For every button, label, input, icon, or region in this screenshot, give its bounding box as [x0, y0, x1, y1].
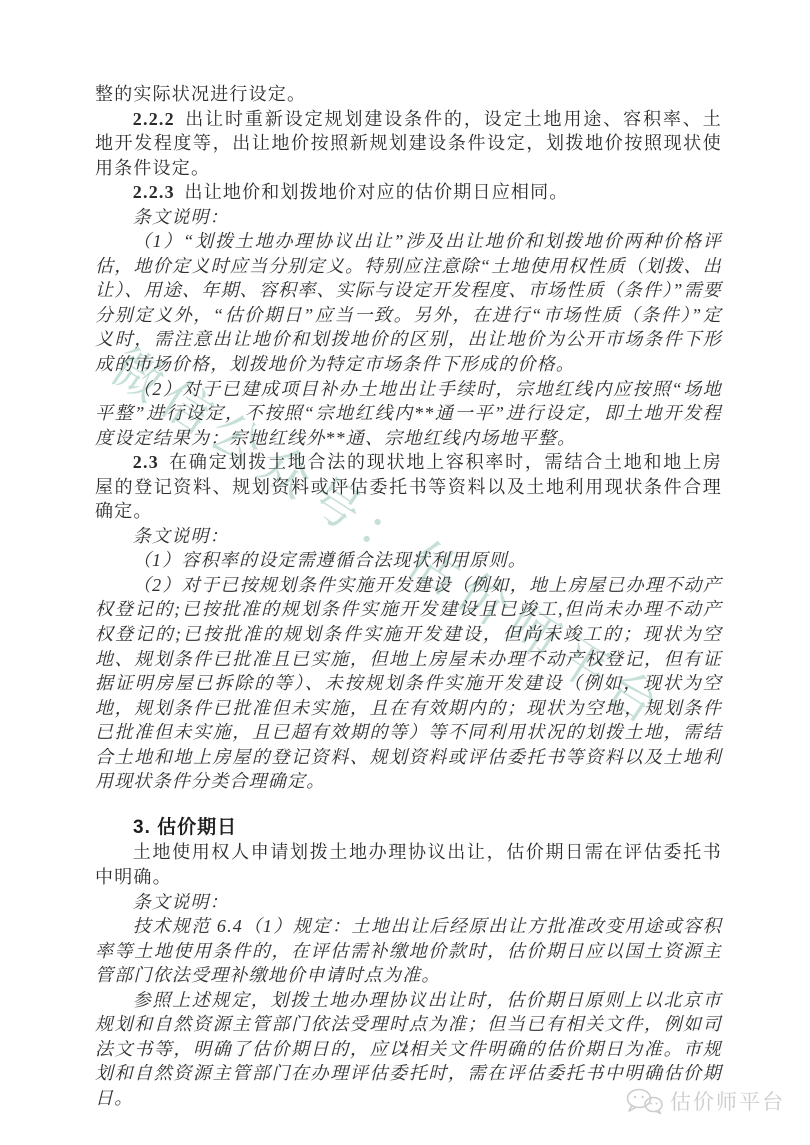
- paragraph: 2.3 在确定划拨土地合法的现状地上容积率时，需结合土地和地上房屋的登记资料、规…: [95, 450, 722, 524]
- paragraph: （2）对于已建成项目补办土地出让手续时，宗地红线内应按照“场地平整”进行设定，不…: [95, 377, 722, 451]
- page-number: 2: [0, 1041, 810, 1058]
- clause-number: 2.3: [133, 452, 159, 472]
- section-heading: 3. 估价期日: [95, 816, 722, 841]
- paragraph-text: 在确定划拨土地合法的现状地上容积率时，需结合土地和地上房屋的登记资料、规划资料或…: [95, 452, 722, 521]
- brand-label: 估价师平台: [670, 1086, 785, 1116]
- paragraph-text: 整的实际状况进行设定。: [95, 84, 306, 104]
- paragraph: 土地使用权人申请划拨土地办理协议出让，估价期日需在评估委托书中明确。: [95, 840, 722, 889]
- paragraph: 2.2.3 出让地价和划拨地价对应的估价期日应相同。: [95, 180, 722, 205]
- paragraph: 整的实际状况进行设定。: [95, 82, 722, 107]
- paragraph: 技术规范 6.4（1）规定：土地出让后经原出让方批准改变用途或容积率等土地使用条…: [95, 914, 722, 988]
- paragraph-text: 条文说明：: [133, 892, 229, 912]
- paragraph: 条文说明：: [95, 890, 722, 915]
- wechat-bubbles-icon: [624, 1087, 664, 1115]
- paragraph-text: 条文说明：: [133, 526, 229, 546]
- paragraph-text: （2）对于已建成项目补办土地出让手续时，宗地红线内应按照“场地平整”进行设定，不…: [95, 379, 722, 448]
- paragraph: （1）容积率的设定需遵循合法现状利用原则。: [95, 548, 722, 573]
- paragraph: 2.2.2 出让时重新设定规划建设条件的，设定土地用途、容积率、土地开发程度等，…: [95, 107, 722, 181]
- paragraph-text: 条文说明：: [133, 207, 229, 227]
- document-body: 整的实际状况进行设定。2.2.2 出让时重新设定规划建设条件的，设定土地用途、容…: [95, 82, 722, 1110]
- paragraph-text: 土地使用权人申请划拨土地办理协议出让，估价期日需在评估委托书中明确。: [95, 842, 722, 887]
- document-page: 微信公众号：估价师平台 整的实际状况进行设定。2.2.2 出让时重新设定规划建设…: [0, 0, 810, 1145]
- paragraph: （2）对于已按规划条件实施开发建设（例如，地上房屋已办理不动产权登记的;已按批准…: [95, 573, 722, 794]
- paragraph-text: （1）容积率的设定需遵循合法现状利用原则。: [133, 550, 527, 570]
- paragraph-text: （1）“划拨土地办理协议出让”涉及出让地价和划拨地价两种价格评估，地价定义时应当…: [95, 231, 722, 374]
- clause-number: 2.2.3: [133, 182, 175, 202]
- paragraph: 条文说明：: [95, 524, 722, 549]
- clause-number: 2.2.2: [133, 109, 175, 129]
- paragraph-text: 技术规范 6.4（1）规定：土地出让后经原出让方批准改变用途或容积率等土地使用条…: [95, 916, 722, 985]
- brand-footer: 估价师平台: [624, 1086, 785, 1116]
- paragraph-text: 出让地价和划拨地价对应的估价期日应相同。: [179, 182, 569, 202]
- paragraph: 条文说明：: [95, 205, 722, 230]
- paragraph-text: 3. 估价期日: [133, 817, 237, 838]
- paragraph-text: 出让时重新设定规划建设条件的，设定土地用途、容积率、土地开发程度等，出让地价按照…: [95, 109, 722, 178]
- paragraph-text: （2）对于已按规划条件实施开发建设（例如，地上房屋已办理不动产权登记的;已按批准…: [95, 575, 722, 791]
- paragraph: （1）“划拨土地办理协议出让”涉及出让地价和划拨地价两种价格评估，地价定义时应当…: [95, 229, 722, 376]
